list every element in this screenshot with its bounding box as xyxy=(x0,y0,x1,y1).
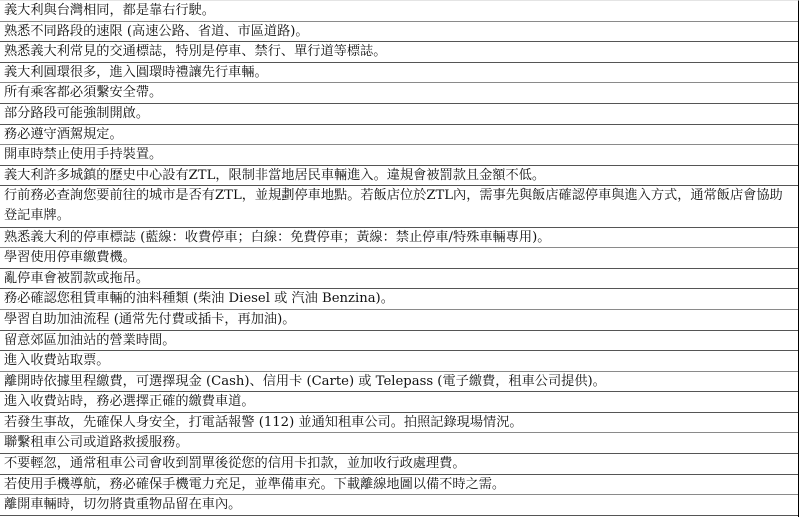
table-row: 學習自助加油流程 (通常先付費或插卡，再加油)。 xyxy=(0,310,798,331)
table-row: 學習使用停車繳費機。 xyxy=(0,248,798,269)
table-row: 離開車輛時，切勿將貴重物品留在車內。 xyxy=(0,495,798,516)
table-row: 若發生事故，先確保人身安全，打電話報警 (112) 並通知租車公司。拍照記錄現場… xyxy=(0,413,798,434)
table-row: 熟悉不同路段的速限 (高速公路、省道、市區道路)。 xyxy=(0,22,798,43)
table-row: 進入收費站時，務必選擇正確的繳費車道。 xyxy=(0,392,798,413)
table-row: 部分路段可能強制開啟。 xyxy=(0,104,798,125)
document-table: 義大利與台灣相同，都是靠右行駛。 熟悉不同路段的速限 (高速公路、省道、市區道路… xyxy=(0,0,799,517)
table-row: 義大利許多城鎮的歷史中心設有ZTL，限制非當地居民車輛進入。違規會被罰款且金額不… xyxy=(0,166,798,187)
table-row: 亂停車會被罰款或拖吊。 xyxy=(0,269,798,290)
table-row: 聯繫租車公司或道路救援服務。 xyxy=(0,433,798,454)
table-row: 熟悉義大利的停車標誌 (藍線：收費停車；白線：免費停車；黃線：禁止停車/特殊車輛… xyxy=(0,228,798,249)
table-row: 務必遵守酒駕規定。 xyxy=(0,125,798,146)
table-row: 不要輕忽，通常租車公司會收到罰單後從您的信用卡扣款，並加收行政處理費。 xyxy=(0,454,798,475)
table-row: 熟悉義大利常見的交通標誌，特別是停車、禁行、單行道等標誌。 xyxy=(0,42,798,63)
table-row: 若使用手機導航，務必確保手機電力充足，並準備車充。下載離線地圖以備不時之需。 xyxy=(0,475,798,496)
table-row: 義大利與台灣相同，都是靠右行駛。 xyxy=(0,1,798,22)
table-row: 開車時禁止使用手持裝置。 xyxy=(0,145,798,166)
table-row: 義大利圓環很多，進入圓環時禮讓先行車輛。 xyxy=(0,63,798,84)
table-row: 所有乘客都必須繫安全帶。 xyxy=(0,83,798,104)
table-row: 留意郊區加油站的營業時間。 xyxy=(0,331,798,352)
table-row: 離開時依據里程繳費，可選擇現金 (Cash)、信用卡 (Carte) 或 Tel… xyxy=(0,372,798,393)
table-row: 進入收費站取票。 xyxy=(0,351,798,372)
table-row: 務必確認您租賃車輛的油料種類 (柴油 Diesel 或 汽油 Benzina)。 xyxy=(0,289,798,310)
table-row: 行前務必查詢您要前往的城市是否有ZTL，並規劃停車地點。若飯店位於ZTL內，需事… xyxy=(0,186,798,227)
